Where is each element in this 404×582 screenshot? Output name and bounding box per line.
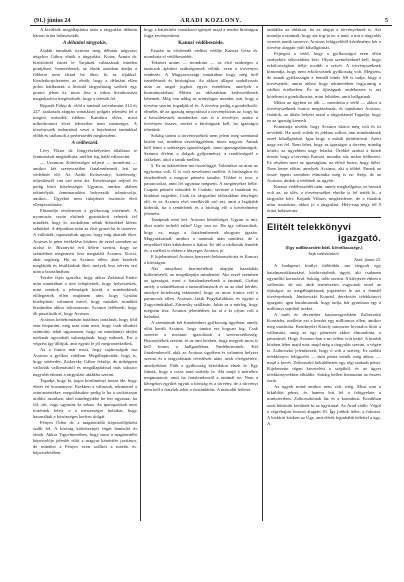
column-divider — [140, 26, 141, 521]
article-paragraph: Kanozi védőbeszédét után, amely meghallg… — [267, 184, 381, 214]
article-paragraph: Mikor az ügyben ez állt — mondotta a véd… — [267, 100, 381, 124]
article-paragraph: Az a fontos már most, hogy sajátosságuk … — [33, 347, 137, 377]
article-paragraph: A múlt év december haszonegyedikén Zsibo… — [267, 312, 381, 385]
article-paragraph: Acsinos kettebontásán hatalmas tartalmát… — [33, 317, 137, 347]
article-paragraph: tanúdika az ablakon, ha az alapja a törv… — [267, 27, 381, 51]
article-paragraph: Elmondja részletesen a gyilkosság történ… — [33, 208, 137, 275]
article-paragraph: Zsidák tanulnak nyitotta meg délután nég… — [33, 48, 137, 102]
section-heading: A délutáni tárgyalás. — [33, 40, 137, 47]
headline-line-2: igazgató. — [267, 233, 381, 244]
article-paragraph: A szemtanuk két fiatalembert gyilkosság … — [144, 320, 258, 393]
article-paragraph: A budapesti királyi ítélőtábla ma tárgya… — [267, 263, 381, 311]
header-rule — [30, 25, 392, 26]
article-paragraph: — Uraimon. Kötelességet teljesít — mondo… — [33, 160, 137, 208]
article-paragraph: §. Ez az ütközetben ma összefüggő. Valam… — [144, 163, 258, 217]
article-paragraph: Lévy Viktor dr. föügyészhelyettes általá… — [33, 148, 137, 160]
article-paragraph: Fényes Ödön dr. a magánvádló képviselője… — [33, 420, 137, 456]
article-paragraph: E kijelentéssel Acsinos kenyerét bebizon… — [144, 254, 258, 266]
article-divider — [267, 217, 381, 218]
article-paragraph: Ryparik Fülöp dr. előd a tanúnál szóvala… — [33, 103, 137, 139]
article-paragraph: A kiválóak megállapítása után a tárgyalá… — [33, 27, 137, 39]
article-paragraph: hogy a kártérítési vonatkozó igényét maj… — [144, 27, 258, 39]
column-3: tanúdika az ablakon, ha az alapja a törv… — [267, 27, 381, 517]
article-paragraph: Tagadja, hogy ki, jogos körülményt hozza… — [33, 378, 137, 420]
newspaper-page: (91.) június 24 ARADI KOZLONY. 5 A kivál… — [0, 0, 404, 582]
column-1: A kiválóak megállapítása után a tárgyalá… — [33, 27, 137, 527]
column-divider — [262, 26, 263, 521]
article-paragraph: Aki annyiban bizonyítékok alapján hazala… — [144, 266, 258, 320]
article-headline: Elitélt telekkönyviigazgató. — [267, 222, 381, 244]
article-paragraph: Ezután az elsőrendű vádlott védője Kanoz… — [144, 48, 258, 60]
article-paragraph: Tekintet uraim — mondotta — az első szük… — [144, 60, 258, 133]
article-paragraph: Tanúpnak nem lett. Acsinos hihetőséget. … — [144, 217, 258, 253]
article-paragraph: Tessler fájós igazolta, hogy akkor Zakla… — [33, 275, 137, 317]
column-2: hogy a kártérítési vonatkozó igényét maj… — [144, 27, 258, 547]
section-heading: A védbeszéd. — [33, 140, 137, 147]
article-paragraph: Fejtegeti a védő, hogy a gyilkosságot ez… — [267, 51, 381, 99]
article-paragraph: Sokáig uraim a törvényszékek nem jelent … — [144, 133, 258, 163]
article-paragraph: Az ügyek mind amikor nem volt, még. Most… — [267, 384, 381, 426]
article-paragraph: Kimutatja tovább, hogy Acsinos bíztos mé… — [267, 124, 381, 184]
headline-line-1: Elitélt telekkönyvi — [267, 222, 351, 233]
section-heading: Kanozi védőbeszéde. — [144, 40, 258, 47]
